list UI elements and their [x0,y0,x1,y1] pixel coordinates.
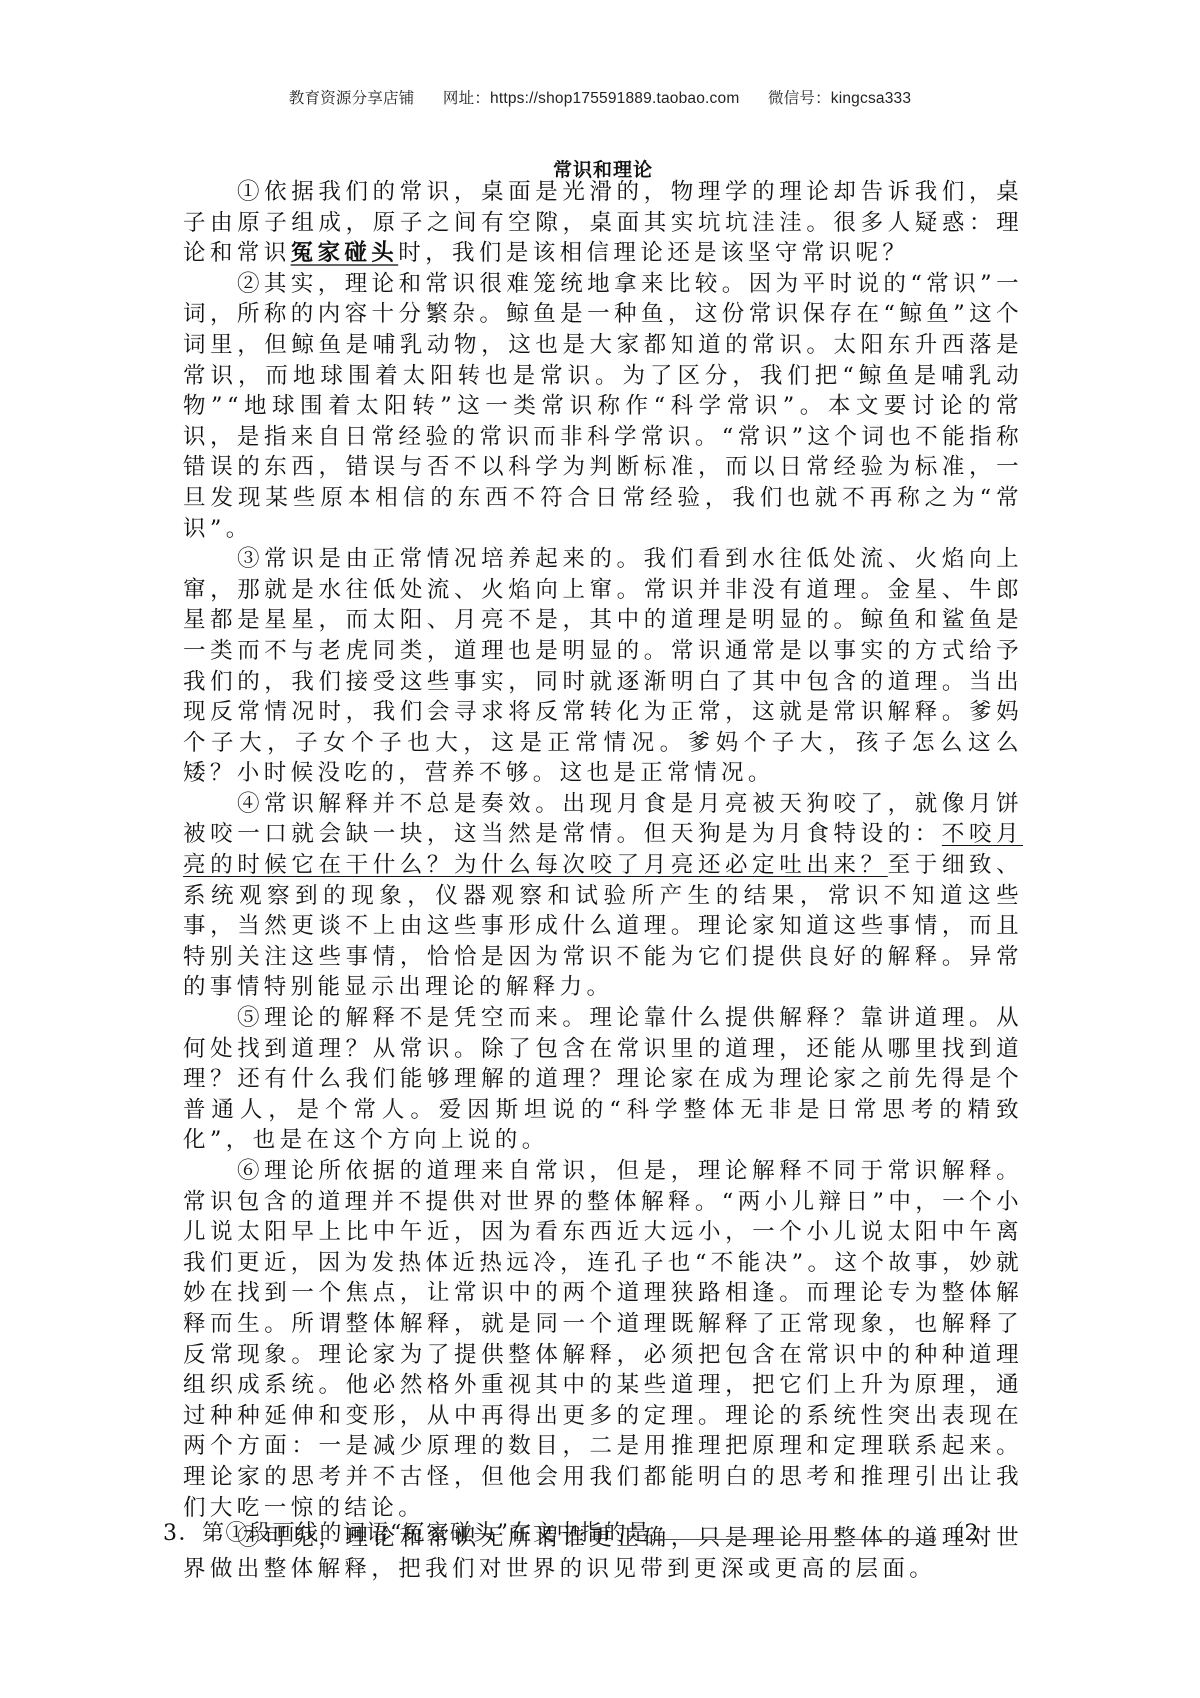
p5-text: ⑤理论的解释不是凭空而来。理论靠什么提供解释？靠讲道理。从何处找到道理？从常识。… [183,1005,1023,1153]
paragraph-6: ⑥理论所依据的道理来自常识，但是，理论解释不同于常识解释。常识包含的道理并不提供… [183,1156,1023,1523]
underlined-phrase-enemies-meet: 冤家碰头 [291,240,399,266]
p6-text: ⑥理论所依据的道理来自常识，但是，理论解释不同于常识解释。常识包含的道理并不提供… [183,1158,1023,1521]
page-header: 教育资源分享店铺 网址：https://shop175591889.taobao… [0,86,1200,108]
question-3-prompt: 3．第①段画线的词语“冤家碰头”在文中指的是 [163,1521,651,1546]
p4-text-a: ④常识解释并不总是奏效。出现月食是月亮被天狗咬了，就像月饼被咬一口就会缺一块，这… [183,791,1023,848]
p3-text: ③常识是由正常情况培养起来的。我们看到水往低处流、火焰向上窜，那就是水往低处流、… [183,546,1023,786]
question-3: 3．第①段画线的词语“冤家碰头”在文中指的是。（2 [163,1516,1063,1547]
paragraph-4: ④常识解释并不总是奏效。出现月食是月亮被天狗咬了，就像月饼被咬一口就会缺一块，这… [183,789,1023,1003]
article-body: ①依据我们的常识，桌面是光滑的，物理学的理论却告诉我们，桌子由原子组成，原子之间… [183,177,1023,1584]
paragraph-5: ⑤理论的解释不是凭空而来。理论靠什么提供解释？靠讲道理。从何处找到道理？从常识。… [183,1003,1023,1156]
question-3-answer-blank[interactable] [651,1517,929,1540]
question-3-suffix: 。（2 [929,1521,981,1546]
p2-text: ②其实，理论和常识很难笼统地拿来比较。因为平时说的“常识”一词，所称的内容十分繁… [183,271,1023,542]
shop-name: 教育资源分享店铺 [289,90,415,107]
shop-website: 网址：https://shop175591889.taobao.com [443,90,740,107]
paragraph-1: ①依据我们的常识，桌面是光滑的，物理学的理论却告诉我们，桌子由原子组成，原子之间… [183,177,1023,269]
paragraph-3: ③常识是由正常情况培养起来的。我们看到水往低处流、火焰向上窜，那就是水往低处流、… [183,544,1023,789]
paragraph-2: ②其实，理论和常识很难笼统地拿来比较。因为平时说的“常识”一词，所称的内容十分繁… [183,269,1023,544]
wechat-id: 微信号：kingcsa333 [768,90,911,107]
p1-text-b: 时，我们是该相信理论还是该坚守常识呢？ [398,240,909,266]
